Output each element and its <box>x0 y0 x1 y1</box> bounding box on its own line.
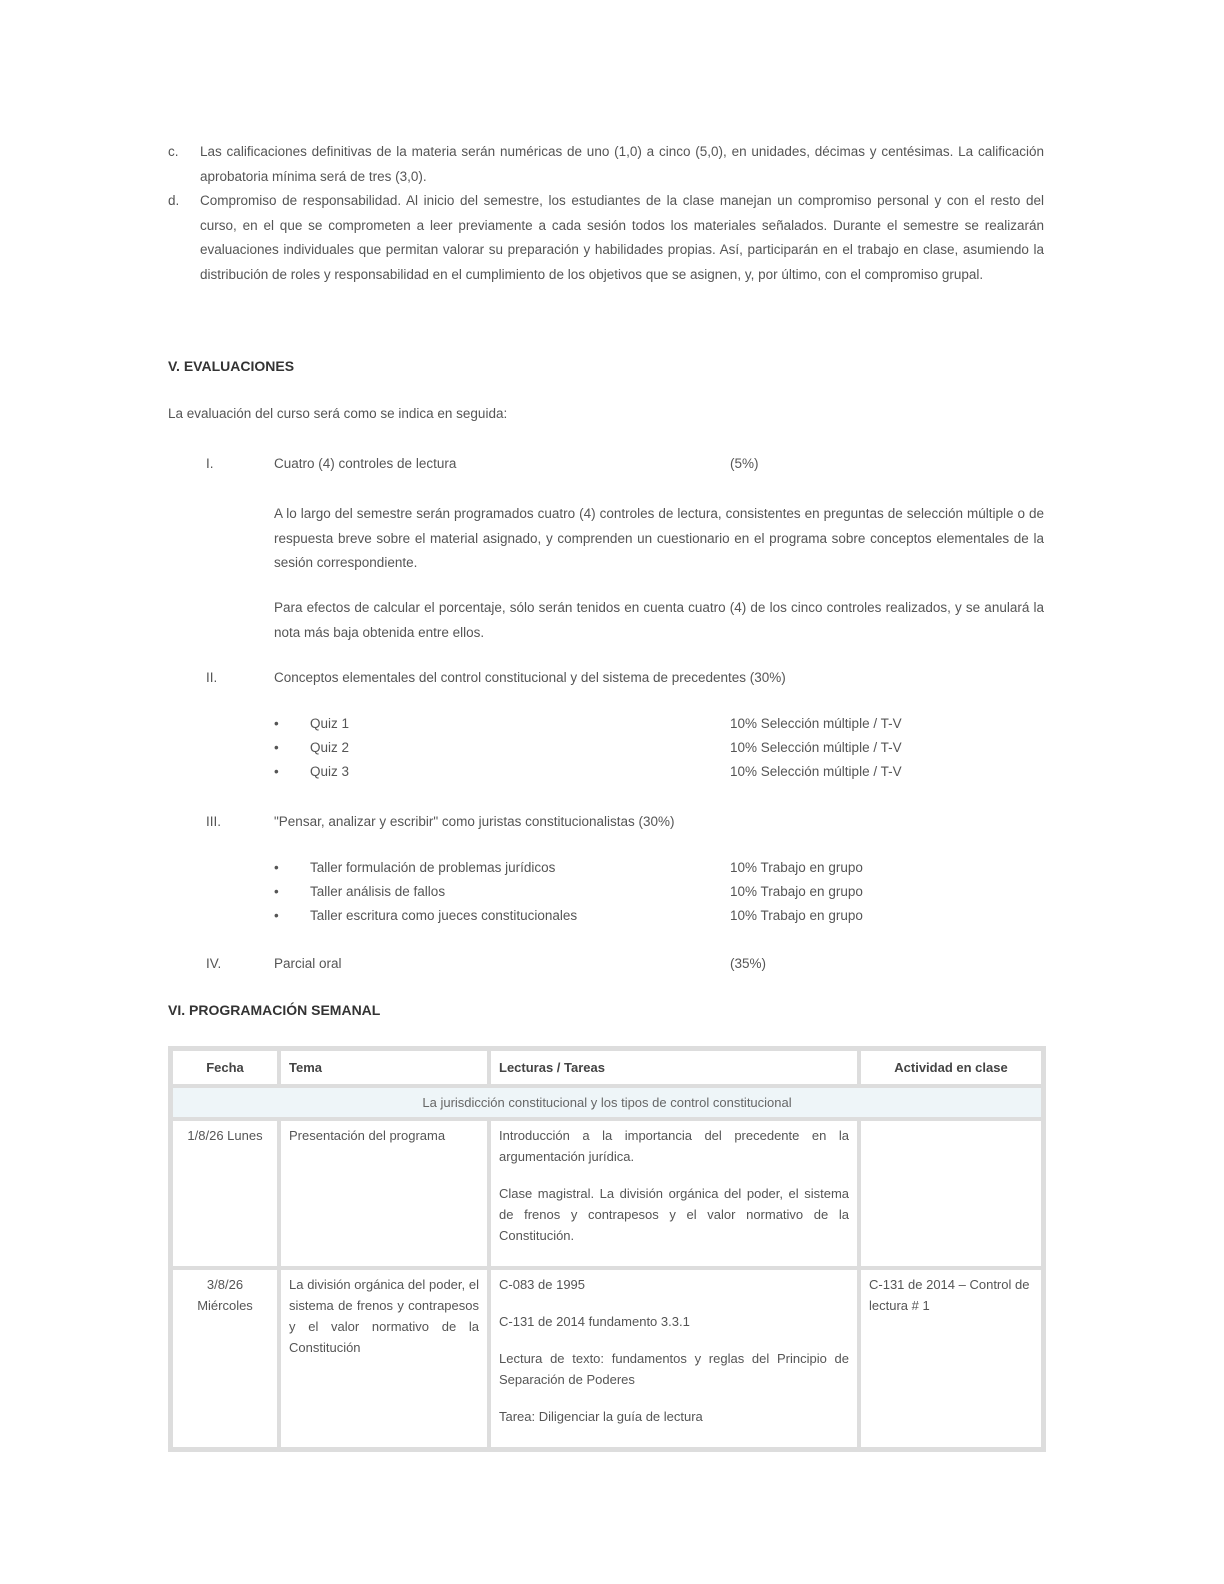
table-row: 1/8/26 Lunes Presentación del programa I… <box>171 1119 1043 1268</box>
column-header: Fecha <box>171 1049 279 1086</box>
cell-actividad <box>859 1119 1043 1268</box>
cell-actividad: C-131 de 2014 – Control de lectura # 1 <box>859 1268 1043 1449</box>
list-marker: c. <box>168 140 200 189</box>
paragraph: Para efectos de calcular el porcentaje, … <box>274 596 1044 645</box>
bullet-icon: • <box>274 764 279 779</box>
bullet-icon: • <box>274 908 279 923</box>
cell-fecha: 3/8/26 Miércoles <box>171 1268 279 1449</box>
section-heading-evaluaciones: V. EVALUACIONES <box>168 358 294 374</box>
item-number: III. <box>206 814 221 829</box>
list-item: d. Compromiso de responsabilidad. Al ini… <box>168 189 1044 287</box>
bullet-icon: • <box>274 884 279 899</box>
item-percent: (35%) <box>730 956 766 971</box>
item-label: Conceptos elementales del control consti… <box>274 670 786 685</box>
list-item: •Quiz 110% Selección múltiple / T-V <box>274 716 1044 740</box>
item-number: IV. <box>206 956 221 971</box>
item-number: II. <box>206 670 217 685</box>
bullet-icon: • <box>274 740 279 755</box>
cell-tema: Presentación del programa <box>279 1119 489 1268</box>
continuation-list: c. Las calificaciones definitivas de la … <box>168 140 1044 287</box>
item-percent: (5%) <box>730 456 759 471</box>
cell-fecha: 1/8/26 Lunes <box>171 1119 279 1268</box>
list-marker: d. <box>168 189 200 287</box>
section-heading-programacion: VI. PROGRAMACIÓN SEMANAL <box>168 1002 380 1018</box>
cell-lecturas: C-083 de 1995 C-131 de 2014 fundamento 3… <box>489 1268 859 1449</box>
quiz-list: •Quiz 110% Selección múltiple / T-V •Qui… <box>274 716 1044 788</box>
list-item: •Taller formulación de problemas jurídic… <box>274 860 1044 884</box>
column-header: Actividad en clase <box>859 1049 1043 1086</box>
list-item: •Quiz 210% Selección múltiple / T-V <box>274 740 1044 764</box>
table-section-band: La jurisdicción constitucional y los tip… <box>171 1086 1043 1119</box>
evaluaciones-intro: La evaluación del curso será como se ind… <box>168 406 507 421</box>
list-item: •Quiz 310% Selección múltiple / T-V <box>274 764 1044 788</box>
list-item: •Taller análisis de fallos10% Trabajo en… <box>274 884 1044 908</box>
list-text: Las calificaciones definitivas de la mat… <box>200 140 1044 189</box>
schedule-table: Fecha Tema Lecturas / Tareas Actividad e… <box>168 1046 1046 1452</box>
item-label: Cuatro (4) controles de lectura <box>274 456 456 471</box>
table-row: 3/8/26 Miércoles La división orgánica de… <box>171 1268 1043 1449</box>
section-band-label: La jurisdicción constitucional y los tip… <box>171 1086 1043 1119</box>
list-item: c. Las calificaciones definitivas de la … <box>168 140 1044 189</box>
workshop-list: •Taller formulación de problemas jurídic… <box>274 860 1044 932</box>
list-text: Compromiso de responsabilidad. Al inicio… <box>200 189 1044 287</box>
column-header: Lecturas / Tareas <box>489 1049 859 1086</box>
table-header-row: Fecha Tema Lecturas / Tareas Actividad e… <box>171 1049 1043 1086</box>
item-label: Parcial oral <box>274 956 342 971</box>
item-label: "Pensar, analizar y escribir" como juris… <box>274 814 675 829</box>
list-item: •Taller escritura como jueces constituci… <box>274 908 1044 932</box>
item-number: I. <box>206 456 214 471</box>
bullet-icon: • <box>274 716 279 731</box>
bullet-icon: • <box>274 860 279 875</box>
column-header: Tema <box>279 1049 489 1086</box>
cell-tema: La división orgánica del poder, el siste… <box>279 1268 489 1449</box>
paragraph: A lo largo del semestre serán programado… <box>274 502 1044 576</box>
cell-lecturas: Introducción a la importancia del preced… <box>489 1119 859 1268</box>
document-page: c. Las calificaciones definitivas de la … <box>168 140 1044 287</box>
